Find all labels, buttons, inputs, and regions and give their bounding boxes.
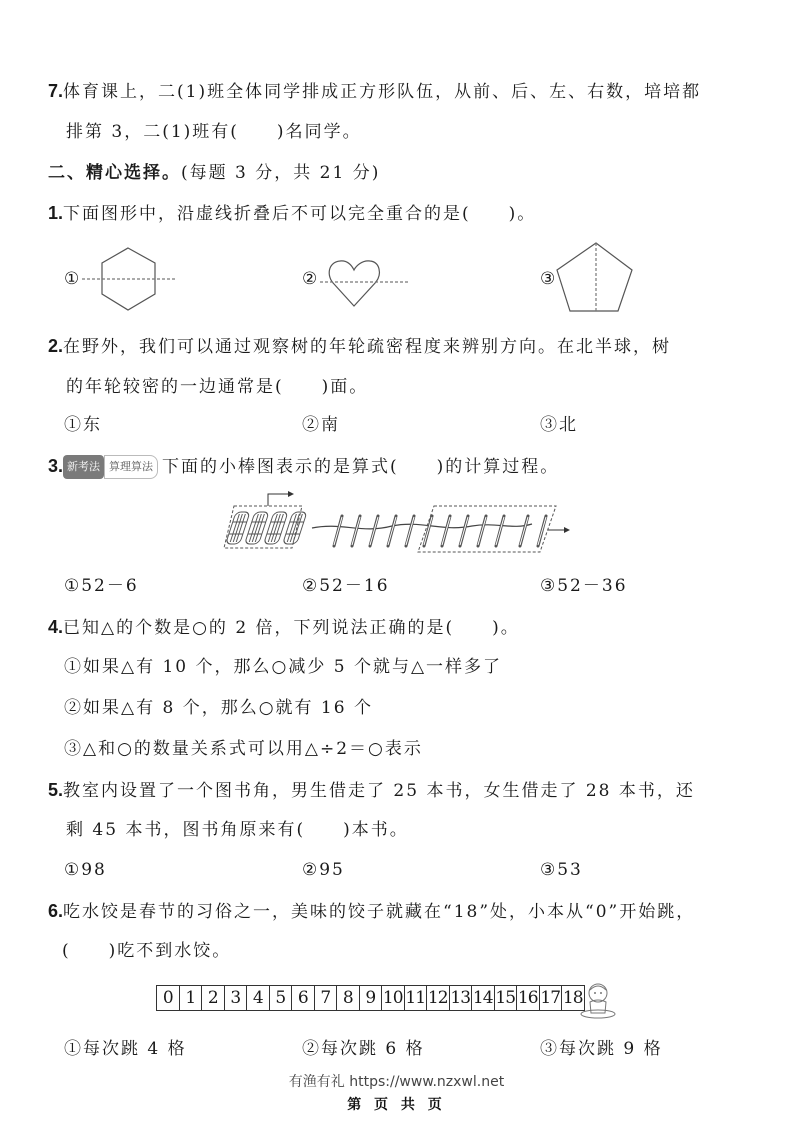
number-cell: 15 (495, 986, 518, 1010)
number-cell: 14 (472, 986, 495, 1010)
q3-stem: 3.新考法算理算法下面的小棒图表示的是算式( )的计算过程。 (48, 455, 559, 479)
number-cell: 0 (157, 986, 180, 1010)
number-cell: 16 (517, 986, 540, 1010)
q7-line-2: 排第 3，二(1)班有( )名同学。 (66, 121, 362, 143)
q3-text: 下面的小棒图表示的是算式( )的计算过程。 (162, 457, 559, 477)
q4-option-3[interactable]: ③△和○的数量关系式可以用△÷2＝○表示 (64, 738, 423, 760)
q6-text-1: 吃水饺是春节的习俗之一，美味的饺子就藏在“18”处，小本从“0”开始跳， (63, 902, 695, 922)
q1-text: 下面图形中，沿虚线折叠后不可以完全重合的是( )。 (63, 204, 536, 224)
method-tag: 算理算法 (104, 455, 158, 479)
q4-number: 4. (48, 617, 63, 637)
q6-number: 6. (48, 901, 63, 921)
q6-option-2[interactable]: ②每次跳 6 格 (302, 1038, 425, 1060)
page-counter: 第 页 共 页 (0, 1094, 793, 1114)
q3-number: 3. (48, 456, 63, 476)
watermark: 有渔有礼 https://www.nzxwl.net (0, 1071, 793, 1091)
number-line: 0 1 2 3 4 5 6 7 8 9 10 11 12 13 14 15 16… (156, 985, 585, 1011)
q2-number: 2. (48, 336, 63, 356)
q6-option-1[interactable]: ①每次跳 4 格 (64, 1038, 187, 1060)
q7-number: 7. (48, 81, 63, 101)
q2-text-1: 在野外，我们可以通过观察树的年轮疏密程度来辨别方向。在北半球，树 (63, 337, 671, 357)
q2-option-1[interactable]: ①东 (64, 414, 102, 436)
q1-figure-label-1: ① (64, 268, 81, 290)
number-cell: 2 (202, 986, 225, 1010)
new-exam-tag: 新考法 (63, 455, 104, 479)
q3-option-3[interactable]: ③52－36 (540, 575, 628, 597)
pentagon-icon (555, 241, 645, 321)
q5-option-3[interactable]: ③53 (540, 859, 583, 881)
q5-option-2[interactable]: ②95 (302, 859, 345, 881)
number-cell: 5 (270, 986, 293, 1010)
stick-bundle-diagram (212, 490, 572, 560)
q2-stem-2: 的年轮较密的一边通常是( )面。 (66, 376, 368, 398)
number-cell: 7 (315, 986, 338, 1010)
q5-text-1: 教室内设置了一个图书角，男生借走了 25 本书，女生借走了 28 本书，还 (63, 781, 695, 801)
number-cell: 3 (225, 986, 248, 1010)
q1-number: 1. (48, 203, 63, 223)
q4-option-1[interactable]: ①如果△有 10 个，那么○减少 5 个就与△一样多了 (64, 656, 502, 678)
q6-option-3[interactable]: ③每次跳 9 格 (540, 1038, 663, 1060)
number-cell: 12 (427, 986, 450, 1010)
q3-option-2[interactable]: ②52－16 (302, 575, 390, 597)
q3-option-1[interactable]: ①52－6 (64, 575, 139, 597)
number-cell: 10 (382, 986, 405, 1010)
q6-stem-1: 6.吃水饺是春节的习俗之一，美味的饺子就藏在“18”处，小本从“0”开始跳， (48, 900, 695, 923)
number-cell: 1 (180, 986, 203, 1010)
q1-stem: 1.下面图形中，沿虚线折叠后不可以完全重合的是( )。 (48, 202, 536, 225)
number-cell: 11 (405, 986, 428, 1010)
number-cell: 6 (292, 986, 315, 1010)
number-cell: 4 (247, 986, 270, 1010)
number-cell: 13 (450, 986, 473, 1010)
q4-option-2[interactable]: ②如果△有 8 个，那么○就有 16 个 (64, 697, 373, 719)
q6-stem-2: ( )吃不到水饺。 (62, 940, 231, 962)
q2-option-3[interactable]: ③北 (540, 414, 578, 436)
hexagon-icon (80, 246, 180, 316)
q7-line-1: 7.体育课上，二(1)班全体同学排成正方形队伍，从前、后、左、右数，培培都 (48, 80, 701, 103)
q5-stem-1: 5.教室内设置了一个图书角，男生借走了 25 本书，女生借走了 28 本书，还 (48, 779, 695, 802)
dumpling-character-icon (578, 980, 618, 1020)
number-cell: 9 (360, 986, 383, 1010)
q4-text: 已知△的个数是○的 2 倍，下列说法正确的是( )。 (63, 618, 520, 638)
q7-text-1: 体育课上，二(1)班全体同学排成正方形队伍，从前、后、左、右数，培培都 (63, 82, 701, 102)
q5-number: 5. (48, 780, 63, 800)
q4-stem: 4.已知△的个数是○的 2 倍，下列说法正确的是( )。 (48, 616, 520, 639)
q2-option-2[interactable]: ②南 (302, 414, 340, 436)
section-title: 二、精心选择。 (48, 163, 181, 183)
section-score-note: (每题 3 分，共 21 分) (181, 163, 380, 183)
section-heading: 二、精心选择。(每题 3 分，共 21 分) (48, 162, 380, 184)
number-cell: 8 (337, 986, 360, 1010)
heart-icon (318, 248, 418, 313)
number-cell: 17 (540, 986, 563, 1010)
q5-option-1[interactable]: ①98 (64, 859, 107, 881)
q1-figure-label-2: ② (302, 268, 319, 290)
q5-stem-2: 剩 45 本书，图书角原来有( )本书。 (66, 819, 409, 841)
q2-stem-1: 2.在野外，我们可以通过观察树的年轮疏密程度来辨别方向。在北半球，树 (48, 335, 671, 358)
